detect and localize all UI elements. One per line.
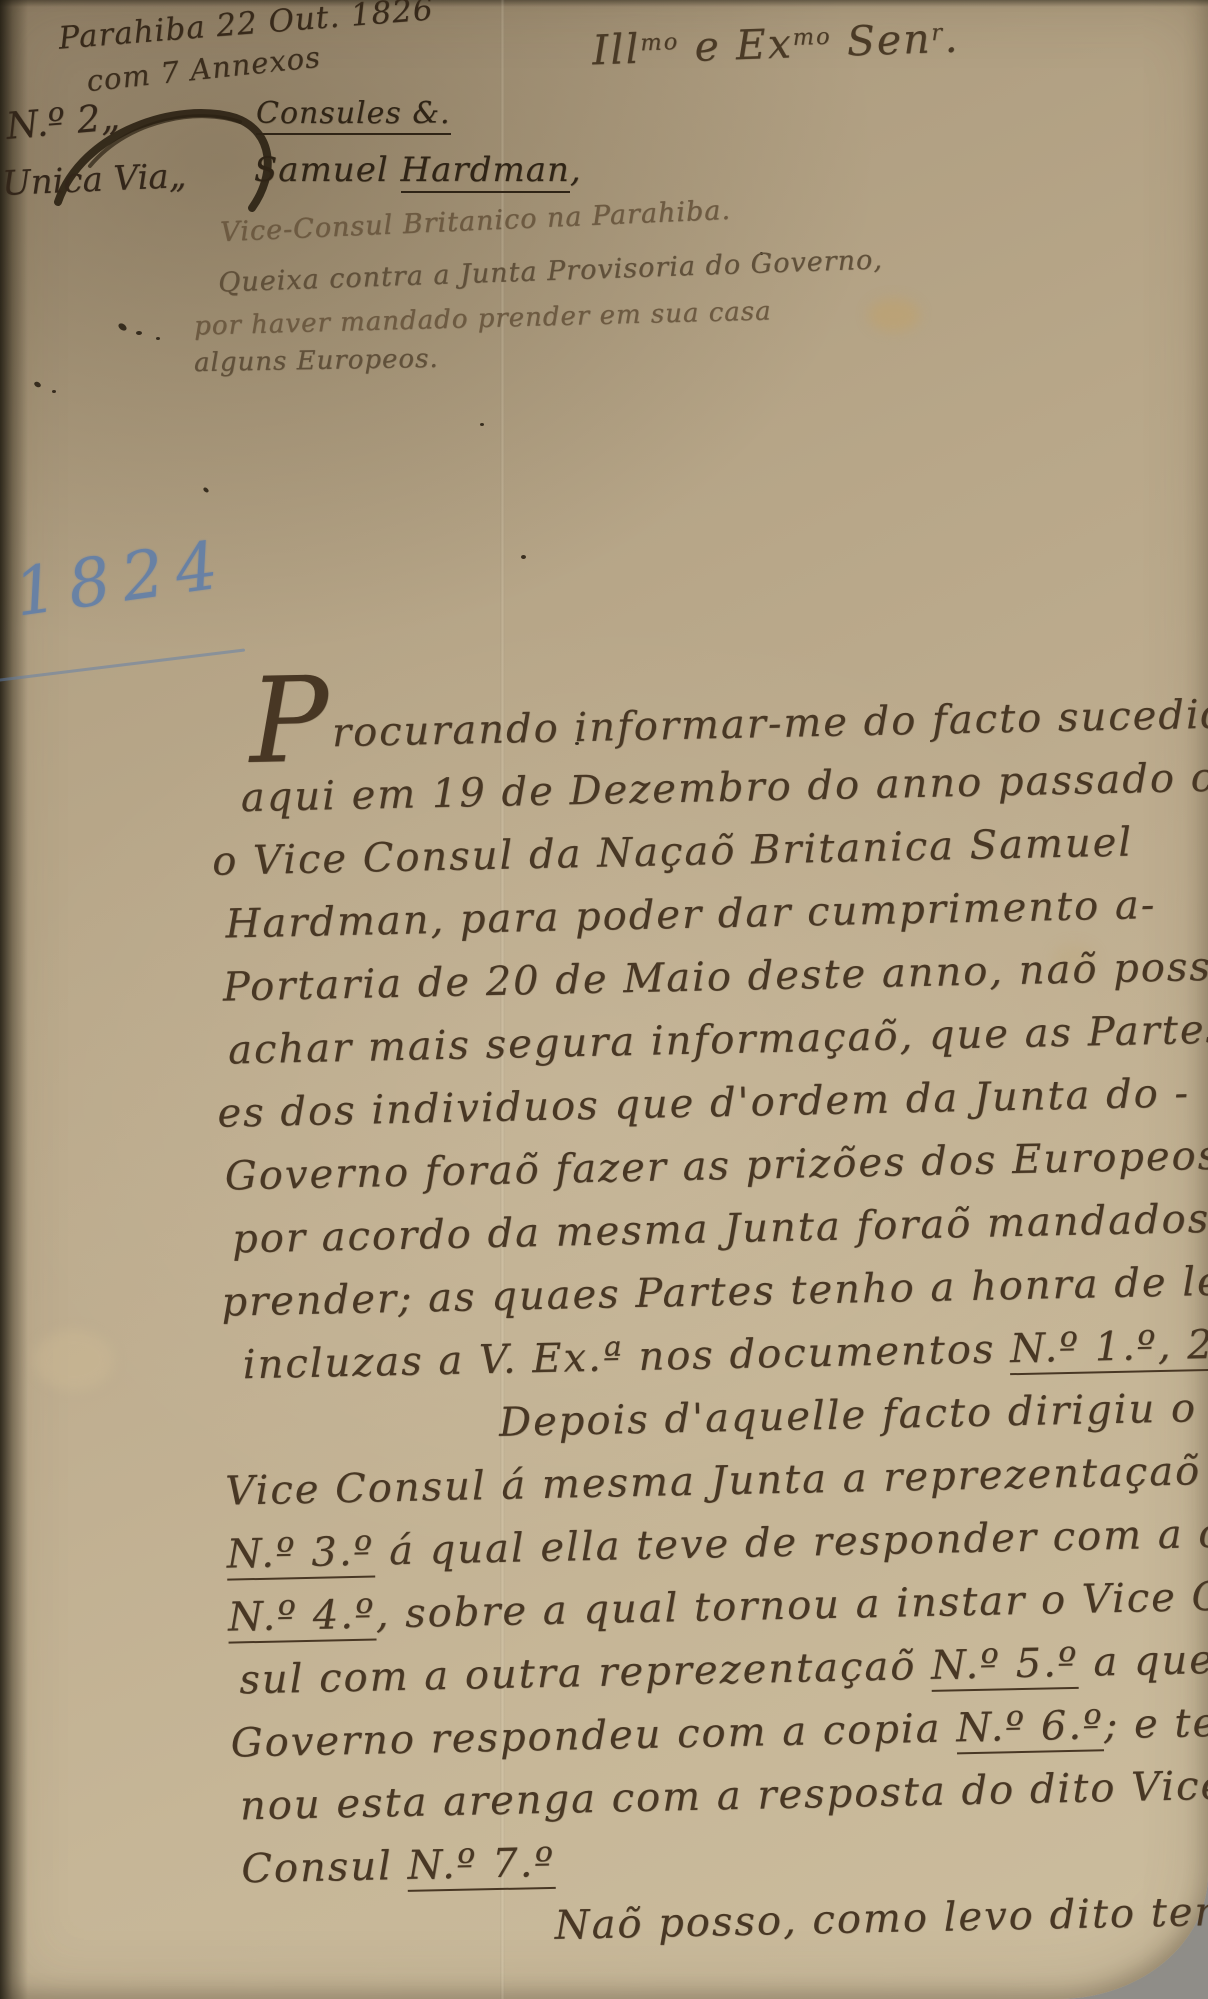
text-segment: Naõ posso, como levo dito ter outro bbox=[554, 1886, 1208, 1949]
text-segment: mo bbox=[640, 29, 680, 56]
ink-speck bbox=[136, 331, 142, 335]
via-note: Unica Via„ bbox=[1, 156, 187, 204]
text-segment: Portaria de 20 de Maio deste anno, naõ p… bbox=[222, 943, 1208, 1010]
salutation: Illmo e Exmo Senr. bbox=[591, 14, 960, 75]
text-segment: o Vice Consul da Naçaõ Britanica Samuel bbox=[212, 820, 1134, 885]
ink-speck bbox=[117, 322, 128, 332]
text-segment: e Ex bbox=[679, 19, 794, 71]
docket-subject-line: por haver mandado prender em sua casa bbox=[194, 296, 772, 341]
ink-speck bbox=[33, 381, 42, 389]
docket-addressee: Samuel Hardman, bbox=[254, 150, 582, 190]
text-segment: es dos individuos que d'ordem da Junta d… bbox=[217, 1070, 1190, 1136]
ink-speck bbox=[521, 555, 526, 559]
text-segment: N.º 7.º bbox=[407, 1840, 556, 1892]
ink-speck bbox=[480, 423, 484, 426]
page-top-edge-shadow bbox=[0, 0, 1208, 7]
text-segment: N.º 6.º bbox=[956, 1702, 1105, 1754]
manuscript-line: Naõ posso, como levo dito ter outro bbox=[554, 1880, 1208, 1958]
docket-subject-line: Queixa contra a Junta Provisoria do Gove… bbox=[218, 244, 884, 298]
text-segment: Hardman, para poder dar cumprimento a- bbox=[225, 882, 1157, 947]
text-segment: Hardman bbox=[401, 150, 570, 193]
text-segment: Governo respondeu com a copia bbox=[230, 1705, 956, 1766]
paper-stain bbox=[34, 1330, 114, 1390]
text-segment: Ill bbox=[591, 25, 641, 75]
text-segment: Samuel bbox=[254, 150, 401, 190]
text-segment: N.º 4.º bbox=[228, 1592, 377, 1644]
manuscript-body: Procurando informar-me do facto sucedido… bbox=[209, 683, 1208, 1964]
text-segment: N.º 3.º bbox=[226, 1529, 375, 1581]
docket-subject-line: alguns Europeos. bbox=[194, 344, 439, 378]
text-segment: mo bbox=[792, 24, 832, 51]
text-segment: nou esta arenga com a resposta do dito V… bbox=[240, 1763, 1208, 1830]
text-segment: N.º 5.º bbox=[930, 1640, 1079, 1692]
text-segment: sul com a outra reprezentaçaõ bbox=[239, 1643, 932, 1703]
page-left-edge-shadow bbox=[0, 0, 28, 1999]
text-segment: Depois d'aquelle facto dirigiu o - bbox=[499, 1385, 1208, 1446]
text-segment: N.º 1.º, 2.º bbox=[1010, 1321, 1208, 1375]
text-segment: Vice Consul á mesma Junta a reprezentaça… bbox=[225, 1448, 1202, 1514]
text-segment: , bbox=[570, 150, 582, 190]
text-segment: á qual ella teve de responder com a copi… bbox=[374, 1509, 1208, 1575]
ink-speck bbox=[52, 390, 56, 393]
text-segment: incluzas a V. Ex.ª nos documentos bbox=[242, 1326, 1010, 1388]
text-segment: Consul bbox=[241, 1843, 408, 1892]
docket-heading: Consules &. bbox=[256, 96, 451, 135]
photo-frame: Parahiba 22 Out. 1826 com 7 Annexos N.º … bbox=[0, 0, 1208, 1999]
ink-speck bbox=[156, 337, 160, 340]
stamp-underline bbox=[0, 648, 245, 682]
text-segment: por acordo da mesma Junta foraõ mandados bbox=[232, 1196, 1208, 1262]
text-segment: . bbox=[943, 14, 960, 62]
text-segment: a que o bbox=[1078, 1636, 1208, 1686]
archive-year-stamp: 1824 bbox=[10, 525, 235, 631]
text-segment: rocurando informar-me do facto sucedido bbox=[331, 691, 1208, 756]
document-page: Parahiba 22 Out. 1826 com 7 Annexos N.º … bbox=[0, 0, 1208, 1999]
text-segment: aqui em 19 de Dezembro do anno passado c… bbox=[240, 753, 1208, 821]
text-segment: ; e termi bbox=[1103, 1698, 1208, 1748]
text-segment: , sobre a qual tornou a instar o Vice Co… bbox=[375, 1573, 1208, 1638]
text-segment: Sen bbox=[831, 15, 932, 66]
ink-speck bbox=[202, 487, 209, 494]
paper-stain bbox=[868, 298, 920, 332]
